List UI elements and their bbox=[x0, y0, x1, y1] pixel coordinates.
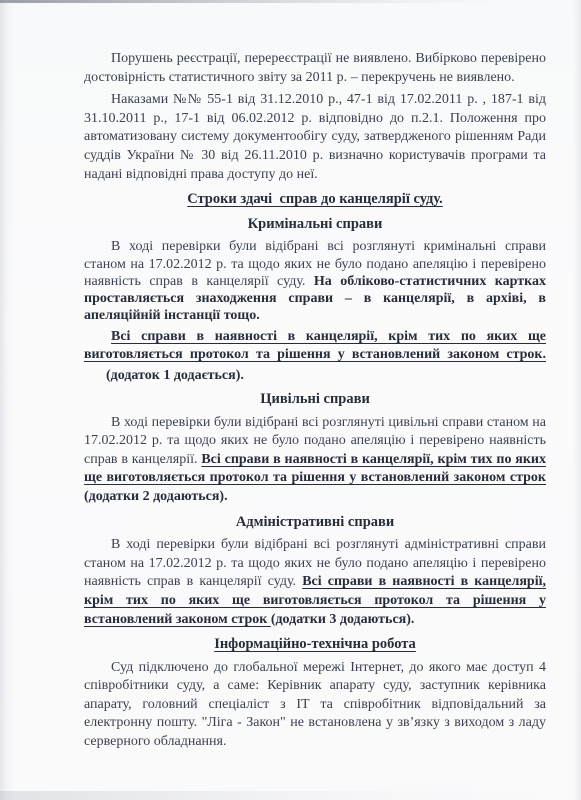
text-run: (додатки 2 додаються). bbox=[84, 489, 228, 504]
text-run: Наказами №№ 55-1 від 31.12.2010 р., 47-1… bbox=[84, 92, 546, 181]
administrative-cases-paragraph: В ході перевірки були відібрані всі розг… bbox=[84, 536, 546, 629]
text-run: (додаток 1 додається). bbox=[106, 368, 244, 383]
orders-paragraph: Наказами №№ 55-1 від 31.12.2010 р., 47-1… bbox=[84, 91, 546, 184]
scanned-document-page: Порушень реєстрації, перереєстрації не в… bbox=[0, 0, 581, 800]
criminal-cases-availability-statement: Всі справи в наявності в канцелярії, крі… bbox=[84, 328, 546, 362]
subsection-heading-administrative-cases: Адміністративні справи bbox=[84, 513, 546, 532]
text-run: (додатки 3 додаються). bbox=[271, 612, 415, 627]
civil-cases-paragraph: В ході перевірки були відібрані всі розг… bbox=[84, 414, 546, 507]
scan-shadow-right-edge bbox=[573, 0, 581, 800]
criminal-cases-annex-note: (додаток 1 додається). bbox=[84, 367, 546, 384]
it-work-paragraph: Суд підключено до глобальної мережі Інте… bbox=[84, 659, 546, 752]
intro-paragraph: Порушень реєстрації, перереєстрації не в… bbox=[84, 50, 546, 87]
document-content: Порушень реєстрації, перереєстрації не в… bbox=[84, 50, 546, 756]
subsection-heading-civil-cases: Цивільні справи bbox=[84, 390, 546, 409]
text-run: Порушень реєстрації, перереєстрації не в… bbox=[84, 51, 546, 85]
scan-shadow-left-edge bbox=[0, 0, 14, 800]
text-run: Суд підключено до глобальної мережі Інте… bbox=[84, 660, 546, 749]
subsection-heading-criminal-cases: Кримінальні справи bbox=[84, 215, 546, 234]
scan-shadow-bottom-edge bbox=[0, 791, 581, 800]
scan-shadow-top-edge bbox=[0, 0, 581, 3]
section-heading-filing-deadlines: Строки здачі справ до канцелярії суду. bbox=[84, 190, 546, 209]
section-heading-it-work: Інформаційно-технічна робота bbox=[84, 635, 546, 654]
text-run: Всі справи в наявності в канцелярії, крі… bbox=[84, 329, 546, 361]
criminal-cases-paragraph: В ході перевірки були відібрані всі розг… bbox=[84, 238, 546, 324]
